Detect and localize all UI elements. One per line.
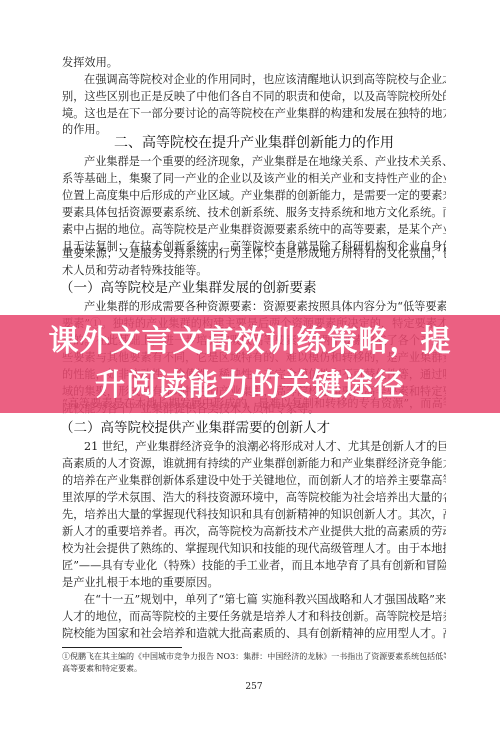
banner-title: 课外文言文高效训练策略，提 升阅读能力的关键途径 [0, 320, 500, 408]
body-line: 产业集群是一个重要的经济现象，产业集群是在地缘关系、产业技术关系、供应链及价值链… [84, 155, 446, 169]
body-line: 新人才的重要培养者。再次，高等院校为高新技术产业提供大批的高素质的劳动者。最后，… [62, 525, 446, 539]
body-line: 境。这也是在下一部分要讨论的高等院校在产业集群的构建和发展在独特的地方文化氛围中… [62, 107, 446, 121]
footnote-line: ①倪鹏飞在其主编的《中国城市竞争力报告 NO3：集群：中国经济的龙脉》一书指出了… [62, 651, 446, 663]
body-line: 素中占据的地位。高等院校是产业集群资源要素系统中的高等要素，是某个产业集群所特有… [62, 223, 446, 237]
subheading-innovation-factor: （一）高等院校是产业集群发展的创新要素 [60, 279, 317, 297]
body-line: 别，这些区别也正是反映了中他们各自不同的职责和使命，以及高等院校所处的特定区域的… [62, 90, 446, 104]
banner-title-line1: 课外文言文高效训练策略，提 [0, 320, 500, 364]
page-number: 257 [62, 682, 446, 692]
body-line: 匠”——具有专业化（特殊）技能的手工业者，而且本地孕育了具有创新和冒险精神的企业… [62, 559, 446, 573]
body-line: 要素具体包括资源要素系统、技术创新系统、服务支持系统和地方文化系统。而高等院校在… [62, 206, 446, 220]
body-line: 的培养在产业集群创新体系建设中处于关键地位，而创新人才的培养主要靠高等院校。在高… [62, 474, 446, 488]
body-line: 21 世纪，产业集群经济竞争的浪潮必将形成对人才、尤其是创新人才的巨大需求，谁拥… [84, 440, 446, 454]
body-line: 校为社会提供了熟练的、掌握现代知识和技能的现代高级管理人才。由于本地拥有一大批“… [62, 542, 446, 556]
section-heading: 二、高等院校在提升产业集群创新能力的作用 [62, 134, 446, 152]
subheading-innovation-talent: （二）高等院校提供产业集群需要的创新人才 [60, 419, 330, 437]
body-line: 是产业扎根于本地的重要原因。 [62, 576, 446, 590]
body-line: 发挥效用。 [62, 56, 446, 70]
body-line: 产业集群的形成需要各种资源要素：资源要素按照具体内容分为“低等要素、高等要素和特… [84, 300, 446, 314]
body-line: 位置上高度集中后形成的产业区域。产业集群的创新能力，是需要一定的要素来提供基础的… [62, 189, 446, 203]
body-line: 术人员和劳动者特殊技能等。 [62, 264, 446, 278]
body-line: 重要来源；又是服务支持系统的行为主体；更是形成地方所特有的文化氛围，包括企业家精… [62, 247, 446, 261]
body-line: 高素质的人才资源，谁就拥有持续的产业集群创新能力和产业集群经济竞争能力。因此，创… [62, 457, 446, 471]
footnote-rule [62, 647, 182, 648]
body-line: 在强调高等院校对企业的作用同时，也应该清醒地认识到高等院校与企业之间强调的重点的… [84, 73, 446, 87]
banner-title-line2: 升阅读能力的关键途径 [0, 364, 500, 408]
body-line: 里浓厚的学术氛围、浩大的科技资源环境中，高等院校能为社会培养出大量的各种类型的人… [62, 491, 446, 505]
body-line: 人才的地位，而高等院校的主要任务就是培养人才和科技创新。高等院校是培养人才的基地… [62, 610, 446, 624]
footnote-line: 高等要素和特定要素。 [62, 663, 446, 675]
body-line: 院校能为国家和社会培养和造就大批高素质的、具有创新精神的应用型人才。高等院校在培… [62, 627, 446, 641]
body-line: 在“十一五”规划中，单列了“第七篇 实施科教兴国战略和人才强国战略”来着重阐述科… [84, 593, 446, 607]
body-line: 系等基础上，集聚了同一产业的企业以及该产业的相关产业和支持性产业的企业，这些企业… [62, 172, 446, 186]
body-line: 先，培养出大量的掌握现代科技知识和具有创新精神的知识创新人才。其次，高等院校也是… [62, 508, 446, 522]
